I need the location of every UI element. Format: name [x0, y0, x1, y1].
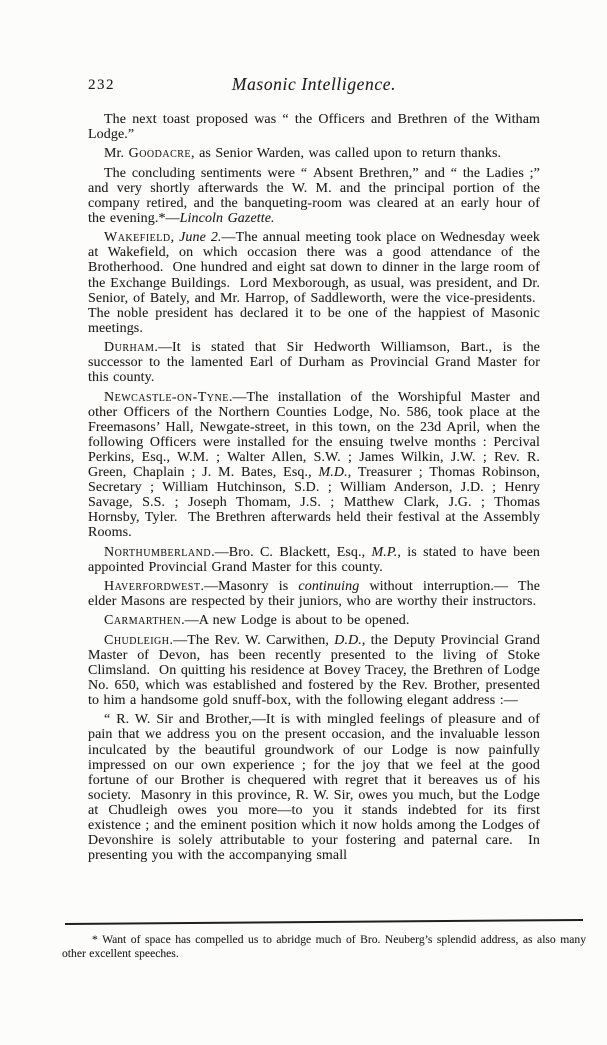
footnote-rule — [65, 919, 583, 925]
text-segment: , — [171, 230, 180, 245]
paragraph: Wakefield, June 2.—The annual meeting to… — [88, 230, 540, 336]
paragraph: Northumberland.—Bro. C. Blackett, Esq., … — [88, 545, 540, 575]
paragraph: Carmarthen.—A new Lodge is about to be o… — [88, 613, 540, 628]
text-segment: June 2. — [179, 230, 221, 245]
text-segment: Wakefield — [104, 230, 171, 245]
text-segment: Haverfordwest — [104, 579, 200, 594]
paragraph: The concluding sentiments were “ Absent … — [88, 166, 540, 226]
text-segment: Mr. — [104, 146, 129, 161]
paragraph: Haverfordwest.—Masonry is continuing wit… — [88, 579, 540, 609]
page-header: 232 Masonic Intelligence. — [88, 74, 540, 96]
text-segment: Carmarthen — [104, 613, 181, 628]
text-segment: .—Masonry is — [200, 579, 298, 594]
text-segment: Chudleigh — [104, 633, 170, 648]
text-segment: Newcastle-on-Tyne — [104, 390, 229, 405]
text-segment: .—It is stated that Sir Hedworth William… — [88, 340, 540, 385]
footnote-text: * Want of space has compelled us to abri… — [62, 933, 586, 960]
text-segment: The next toast proposed was “ the Office… — [88, 112, 540, 142]
paragraph: The next toast proposed was “ the Office… — [88, 112, 540, 142]
paragraph: Newcastle-on-Tyne.—The installation of t… — [88, 390, 540, 541]
text-segment: .—Bro. C. Blackett, Esq., — [211, 545, 371, 560]
text-segment: Northumberland — [104, 545, 211, 560]
text-segment: M.P. — [372, 545, 398, 560]
running-title: Masonic Intelligence. — [88, 74, 540, 95]
paragraph: “ R. W. Sir and Brother,—It is with ming… — [88, 712, 540, 863]
text-segment: M.D. — [319, 465, 348, 480]
text-segment: , as Senior Warden, was called upon to r… — [191, 146, 501, 161]
page-body: The next toast proposed was “ the Office… — [88, 112, 540, 867]
text-segment: .—A new Lodge is about to be opened. — [181, 613, 409, 628]
text-segment: —The annual meeting took place on Wednes… — [88, 230, 540, 336]
text-segment: Lincoln Gazette. — [180, 211, 275, 226]
text-segment: D.D. — [334, 633, 362, 648]
scanned-page: 232 Masonic Intelligence. The next toast… — [0, 0, 607, 1045]
text-segment: The concluding sentiments were “ Absent … — [88, 166, 540, 226]
paragraph: Mr. Goodacre, as Senior Warden, was call… — [88, 146, 540, 161]
text-segment: Durham — [104, 340, 154, 355]
paragraph: Chudleigh.—The Rev. W. Carwithen, D.D., … — [88, 633, 540, 708]
text-segment: “ R. W. Sir and Brother,—It is with ming… — [88, 712, 540, 863]
text-segment: .—The Rev. W. Carwithen, — [170, 633, 335, 648]
text-segment: Goodacre — [129, 146, 191, 161]
paragraph: Durham.—It is stated that Sir Hedworth W… — [88, 340, 540, 385]
text-segment: continuing — [298, 579, 359, 594]
